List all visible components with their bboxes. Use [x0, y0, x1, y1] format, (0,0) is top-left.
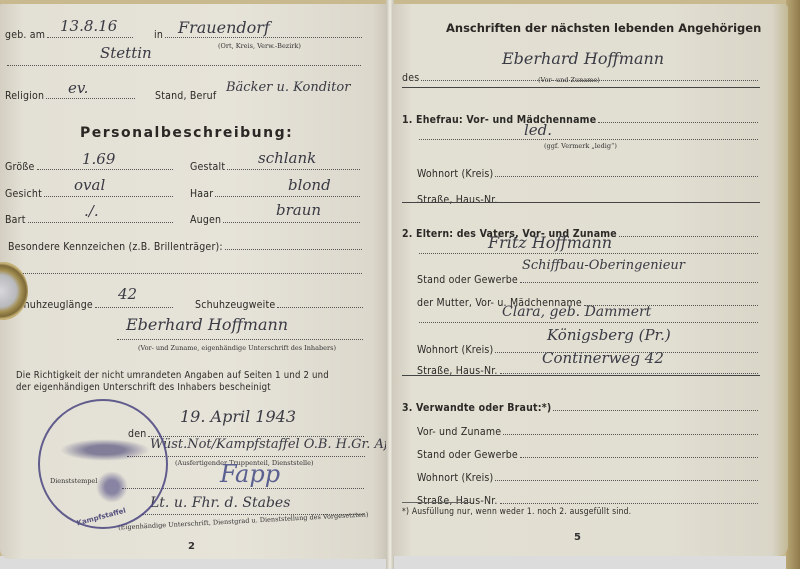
certification-text-line2: der eigenhändigen Unterschrift des Inhab… [16, 382, 271, 393]
wife-street-label: Straße, Haus-Nr. [417, 194, 498, 206]
holder-signature: Eberhard Hoffmann [126, 315, 288, 334]
page-number-left: 2 [188, 541, 195, 552]
eyes-label: Augen [190, 214, 221, 226]
height-label: Größe [5, 161, 35, 173]
right-page: Anschriften der nächsten lebenden Angehö… [392, 4, 788, 556]
father-value-row [417, 252, 760, 257]
parents-residence: Königsberg (Pr.) [547, 326, 671, 344]
holder-signature-row [115, 338, 365, 343]
marks-row: Besondere Kennzeichen (z.B. Brillenträge… [8, 241, 364, 253]
shoe-width-row: Schuhzeugweite [195, 299, 365, 311]
religion-value: ev. [68, 79, 88, 97]
wife-hint: (ggf. Vermerk „ledig“) [544, 142, 617, 150]
personal-description-heading: Personalbeschreibung: [80, 125, 293, 141]
marks-line2-row [14, 272, 364, 277]
parents-street: Continerweg 42 [542, 349, 664, 367]
face-value: oval [74, 176, 105, 194]
owner-hint: (Vor- und Zuname) [538, 76, 600, 84]
shoe-length-value: 42 [118, 285, 137, 303]
wife-residence-label: Wohnort (Kreis) [417, 168, 493, 180]
beard-value: ./. [84, 202, 99, 220]
wreath-emblem-icon [96, 471, 128, 503]
eyes-value: braun [276, 201, 321, 219]
wife-label: 1. Ehefrau: Vor- und Mädchenname [402, 114, 596, 126]
relative-occupation-label: Stand oder Gewerbe [417, 449, 518, 461]
official-stamp: Kampfstaffel [38, 399, 168, 529]
occupation-value: Bäcker u. Konditor [226, 80, 350, 95]
officer-signature: Fapp [220, 460, 280, 488]
owner-label: des [402, 72, 419, 84]
shoe-width-label: Schuhzeugweite [195, 299, 275, 311]
relative-street-row: Straße, Haus-Nr. [417, 495, 760, 507]
officer-rank: Lt. u. Fhr. d. Stabes [150, 495, 290, 511]
certification-text-line1: Die Richtigkeit der nicht umrandeten Ang… [16, 370, 329, 381]
footnote: *) Ausfüllung nur, wenn weder 1. noch 2.… [402, 507, 631, 517]
relatives-heading: Anschriften der nächsten lebenden Angehö… [446, 21, 761, 35]
shoe-length-row: Schuhzeuglänge [12, 299, 175, 311]
father-occupation: Schiffbau-Oberingenieur [522, 258, 685, 273]
wife-residence-row: Wohnort (Kreis) [417, 168, 760, 180]
beard-label: Bart [5, 214, 26, 226]
hair-row: Haar [190, 188, 362, 200]
birth-place-line2: Stettin [100, 44, 152, 62]
build-value: schlank [258, 149, 316, 167]
owner-name: Eberhard Hoffmann [502, 49, 664, 68]
unit-value: Wüst.Not/Kampfstaffel O.B. H.Gr. Afrika [150, 437, 415, 452]
cover-edge [786, 0, 800, 569]
divider [402, 202, 760, 203]
hair-value: blond [288, 176, 331, 194]
father-occupation-label: Stand oder Gewerbe [417, 274, 518, 286]
build-label: Gestalt [190, 161, 225, 173]
parents-residence-label: Wohnort (Kreis) [417, 344, 493, 356]
birth-date-value: 13.8.16 [60, 17, 117, 35]
holder-signature-hint: (Vor- und Zuname, eigenhändige Unterschr… [138, 344, 336, 352]
wife-row: 1. Ehefrau: Vor- und Mädchenname [402, 114, 760, 126]
page-number-right: 5 [574, 532, 581, 543]
mother-name: Clara, geb. Dammert [502, 304, 651, 320]
relatives-row: 3. Verwandte oder Braut:*) [402, 402, 760, 414]
birth-place-label: in [154, 29, 163, 41]
religion-label: Religion [5, 90, 44, 102]
occupation-label: Stand, Beruf [155, 90, 216, 102]
birth-place-hint: (Ort, Kreis, Verw.-Bezirk) [218, 42, 301, 50]
stamp-text: Kampfstaffel [76, 507, 127, 528]
relatives-label: 3. Verwandte oder Braut:*) [402, 402, 551, 414]
father-occupation-row: Stand oder Gewerbe [417, 274, 760, 286]
left-page: geb. am 13.8.16 in Frauendorf (Ort, Krei… [0, 4, 388, 559]
birth-place-line2-row [5, 64, 363, 69]
divider [402, 375, 760, 376]
soldbuch-booklet: geb. am 13.8.16 in Frauendorf (Ort, Krei… [0, 0, 800, 569]
hair-label: Haar [190, 188, 213, 200]
birth-place-value: Frauendorf [178, 18, 270, 37]
father-name: Fritz Hoffmann [488, 233, 612, 252]
relative-name-label: Vor- und Zuname [417, 426, 501, 438]
birth-date-label: geb. am [5, 29, 45, 41]
eagle-emblem-icon [60, 439, 150, 461]
certification-date: 19. April 1943 [180, 407, 296, 426]
divider [402, 87, 760, 88]
wife-street-row: Straße, Haus-Nr. [417, 194, 760, 206]
face-label: Gesicht [5, 188, 42, 200]
relative-street-label: Straße, Haus-Nr. [417, 495, 498, 507]
marks-label: Besondere Kennzeichen (z.B. Brillenträge… [8, 241, 223, 253]
height-value: 1.69 [82, 150, 115, 168]
footnote-divider [402, 502, 470, 503]
wife-value: led. [524, 121, 552, 139]
relative-residence-row: Wohnort (Kreis) [417, 472, 760, 484]
relative-name-row: Vor- und Zuname [417, 426, 760, 438]
relative-occupation-row: Stand oder Gewerbe [417, 449, 760, 461]
relative-residence-label: Wohnort (Kreis) [417, 472, 493, 484]
